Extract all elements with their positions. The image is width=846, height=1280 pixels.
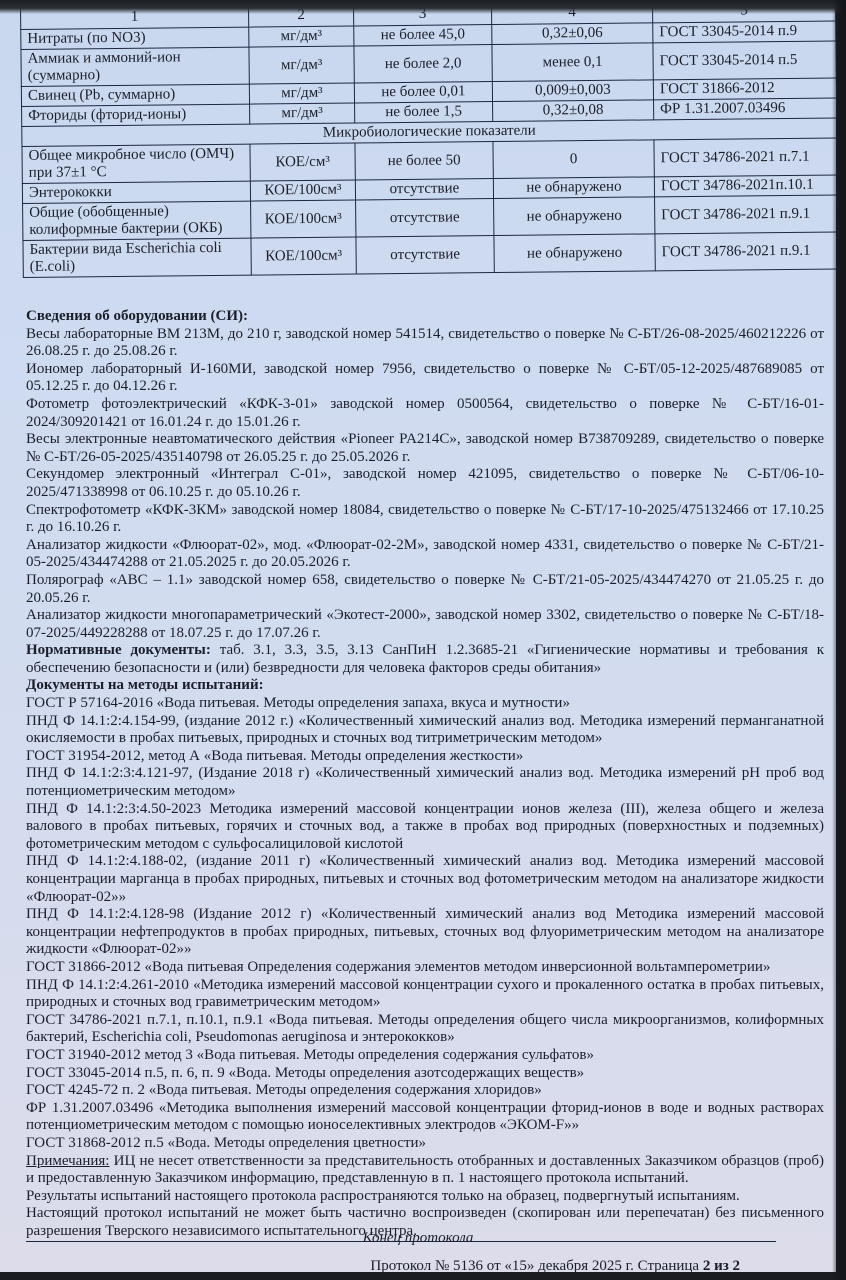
- result-cell: не обнаружено: [493, 177, 654, 199]
- results-table: 1 2 3 4 5 Нитраты (по NO3)мг/дм³не более…: [20, 0, 839, 278]
- indicator-name: Фториды (фторид-ионы): [22, 104, 250, 126]
- background-shadow-right: [832, 0, 846, 1280]
- unit-cell: КОЕ/100см³: [251, 237, 356, 275]
- method-item: ПНД Ф 14.1:2:4.261-2010 «Методика измере…: [26, 977, 824, 1012]
- unit-cell: мг/дм³: [249, 26, 354, 47]
- norm-cell: не более 2,0: [354, 45, 492, 83]
- method-item: ГОСТ 31868-2012 п.5 «Вода. Методы опреде…: [26, 1135, 824, 1153]
- indicator-name: Общее микробное число (ОМЧ) при 37±1 °С: [22, 144, 250, 183]
- result-cell: не обнаружено: [494, 234, 655, 273]
- method-cell: ГОСТ 31866-2012: [653, 78, 836, 100]
- unit-cell: КОЕ/100см³: [250, 180, 355, 201]
- unit-cell: мг/дм³: [249, 46, 354, 84]
- page-footer: Протокол № 5136 от «15» декабря 2025 г. …: [370, 1258, 740, 1275]
- norm-cell: отсутствие: [356, 199, 494, 237]
- footer-protocol-text: Протокол № 5136 от «15» декабря 2025 г. …: [370, 1258, 699, 1274]
- unit-cell: мг/дм³: [250, 103, 355, 124]
- indicator-name: Нитраты (по NO3): [21, 27, 249, 49]
- equipment-item: Секундомер электронный «Интеграл С-01», …: [26, 466, 824, 501]
- normative-heading: Нормативные документы:: [26, 642, 211, 658]
- method-item: ПНД Ф 14.1:2:4.188-02, (издание 2011 г) …: [26, 853, 824, 906]
- norm-cell: отсутствие: [356, 236, 494, 274]
- method-cell: ГОСТ 34786-2021 п.9.1: [655, 232, 838, 271]
- micro-rows: Общее микробное число (ОМЧ) при 37±1 °СК…: [22, 138, 838, 278]
- result-cell: менее 0,1: [492, 43, 653, 82]
- method-item: ГОСТ Р 57164-2016 «Вода питьевая. Методы…: [26, 695, 824, 713]
- equipment-item: Иономер лабораторный И-160МИ, заводской …: [26, 361, 824, 396]
- method-item: ГОСТ 33045-2014 п.5, п. 6, п. 9 «Вода. М…: [26, 1065, 824, 1083]
- notes-paragraph: Примечания: ИЦ не несет ответственности …: [26, 1153, 824, 1188]
- footer-total-pages: 2: [733, 1258, 741, 1274]
- method-cell: ГОСТ 34786-2021п.10.1: [654, 175, 837, 197]
- notes-line: Результаты испытаний настоящего протокол…: [26, 1188, 824, 1206]
- result-cell: 0: [493, 140, 654, 179]
- equipment-item: Анализатор жидкости «Флюорат-02», мод. «…: [26, 537, 824, 572]
- norm-cell: не более 50: [355, 142, 493, 180]
- method-cell: ФР 1.31.2007.03496: [654, 98, 837, 120]
- norm-cell: не более 0,01: [354, 82, 492, 103]
- indicator-name: Бактерии вида Escherichia coli (E.coli): [23, 238, 251, 277]
- norm-cell: не более 45,0: [354, 25, 492, 46]
- equipment-item: Весы электронные неавтоматического дейст…: [26, 431, 824, 466]
- footer-of: из: [714, 1258, 729, 1274]
- method-item: ПНД Ф 14.1:2:4.128-98 (Издание 2012 г) «…: [26, 906, 824, 959]
- method-cell: ГОСТ 34786-2021 п.7.1: [654, 138, 837, 177]
- method-item: ГОСТ 31866-2012 «Вода питьевая Определен…: [26, 959, 824, 977]
- method-cell: ГОСТ 33045-2014 п.5: [653, 41, 836, 80]
- background-shadow-top: [0, 0, 846, 14]
- equipment-item: Весы лабораторные ВМ 213М, до 210 г, зав…: [26, 326, 824, 361]
- document-body: Сведения об оборудовании (СИ): Весы лабо…: [26, 308, 824, 1242]
- method-item: ПНД Ф 14.1:2:3:4.121-97, (Издание 2018 г…: [26, 765, 824, 800]
- method-item: ПНД Ф 14.1:2:3:4.50-2023 Методика измере…: [26, 801, 824, 854]
- notes-text: ИЦ не несет ответственности за представи…: [26, 1153, 824, 1187]
- equipment-list: Весы лабораторные ВМ 213М, до 210 г, зав…: [26, 326, 824, 643]
- result-cell: не обнаружено: [494, 197, 655, 236]
- document-page: 1 2 3 4 5 Нитраты (по NO3)мг/дм³не более…: [0, 0, 836, 1272]
- equipment-item: Фотометр фотоэлектрический «КФК-3-01» за…: [26, 396, 824, 431]
- indicator-name: Аммиак и аммоний-ион (суммарно): [21, 47, 249, 86]
- normative-paragraph: Нормативные документы: таб. 3.1, 3.3, 3.…: [26, 642, 824, 677]
- indicator-name: Свинец (Pb, суммарно): [21, 84, 249, 106]
- norm-cell: не более 1,5: [355, 102, 493, 123]
- unit-cell: КОЕ/100см³: [251, 200, 356, 238]
- indicator-name: Энтерококки: [22, 181, 250, 203]
- equipment-item: Анализатор жидкости многопараметрический…: [26, 607, 824, 642]
- method-item: ФР 1.31.2007.03496 «Методика выполнения …: [26, 1100, 824, 1135]
- equipment-item: Спектрофотометр «КФК-3КМ» заводской номе…: [26, 502, 824, 537]
- method-cell: ГОСТ 33045-2014 п.9: [653, 21, 836, 43]
- equipment-item: Полярограф «АВС – 1.1» заводской номер 6…: [26, 572, 824, 607]
- equipment-heading: Сведения об оборудовании (СИ):: [26, 308, 824, 326]
- result-cell: 0,32±0,08: [493, 100, 654, 122]
- table-row: Бактерии вида Escherichia coli (E.coli)К…: [23, 232, 838, 278]
- methods-heading: Документы на методы испытаний:: [26, 677, 824, 695]
- method-item: ГОСТ 31940-2012 метод 3 «Вода питьевая. …: [26, 1047, 824, 1065]
- footer-page-number: 2: [703, 1258, 711, 1274]
- norm-cell: отсутствие: [355, 179, 493, 200]
- method-item: ГОСТ 4245-72 п. 2 «Вода питьевая. Методы…: [26, 1082, 824, 1100]
- method-item: ГОСТ 31954-2012, метод А «Вода питьевая.…: [26, 748, 824, 766]
- unit-cell: КОЕ/см³: [250, 143, 355, 181]
- method-cell: ГОСТ 34786-2021 п.9.1: [655, 195, 838, 234]
- result-cell: 0,009±0,003: [492, 80, 653, 102]
- method-item: ПНД Ф 14.1:2:4.154-99, (издание 2012 г.)…: [26, 713, 824, 748]
- notes-label: Примечания:: [26, 1153, 109, 1169]
- unit-cell: мг/дм³: [249, 83, 354, 104]
- chemical-rows: Нитраты (по NO3)мг/дм³не более 45,00,32±…: [21, 21, 837, 127]
- methods-list: ГОСТ Р 57164-2016 «Вода питьевая. Методы…: [26, 695, 824, 1152]
- end-of-protocol: Конец протокола: [0, 1230, 846, 1247]
- indicator-name: Общие (обобщенные) колиформные бактерии …: [23, 201, 251, 240]
- result-cell: 0,32±0,06: [492, 23, 653, 45]
- method-item: ГОСТ 34786-2021 п.7.1, п.10.1, п.9.1 «Во…: [26, 1012, 824, 1047]
